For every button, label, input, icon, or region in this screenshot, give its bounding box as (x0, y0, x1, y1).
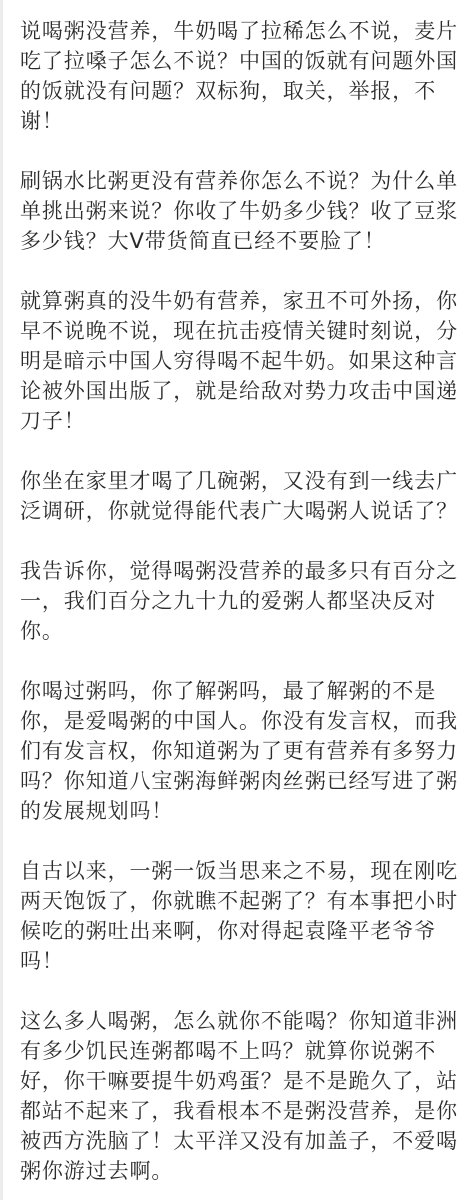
paragraph-3: 就算粥真的没牛奶有营养，家丑不可外扬，你早不说晚不说，现在抗击疫情关键时刻说，分… (20, 286, 460, 436)
paragraph-5: 我告诉你，觉得喝粥没营养的最多只有百分之一，我们百分之九十九的爱粥人都坚决反对你… (20, 556, 460, 646)
post-body: 说喝粥没营养，牛奶喝了拉稀怎么不说，麦片吃了拉嗓子怎么不说？中国的饭就有问题外国… (20, 16, 460, 1186)
paragraph-8: 这么多人喝粥，怎么就你不能喝？你知道非洲有多少饥民连粥都喝不上吗？就算你说粥不好… (20, 1006, 460, 1186)
paragraph-4: 你坐在家里才喝了几碗粥，又没有到一线去广泛调研，你就觉得能代表广大喝粥人说话了？ (20, 466, 460, 526)
paragraph-7: 自古以来，一粥一饭当思来之不易，现在刚吃两天饱饭了，你就瞧不起粥了？有本事把小时… (20, 856, 460, 976)
page-left-edge (0, 0, 3, 1200)
paragraph-1: 说喝粥没营养，牛奶喝了拉稀怎么不说，麦片吃了拉嗓子怎么不说？中国的饭就有问题外国… (20, 16, 460, 136)
paragraph-2: 刷锅水比粥更没有营养你怎么不说？为什么单单挑出粥来说？你收了牛奶多少钱？收了豆浆… (20, 166, 460, 256)
paragraph-6: 你喝过粥吗，你了解粥吗，最了解粥的不是你，是爱喝粥的中国人。你没有发言权，而我们… (20, 676, 460, 826)
